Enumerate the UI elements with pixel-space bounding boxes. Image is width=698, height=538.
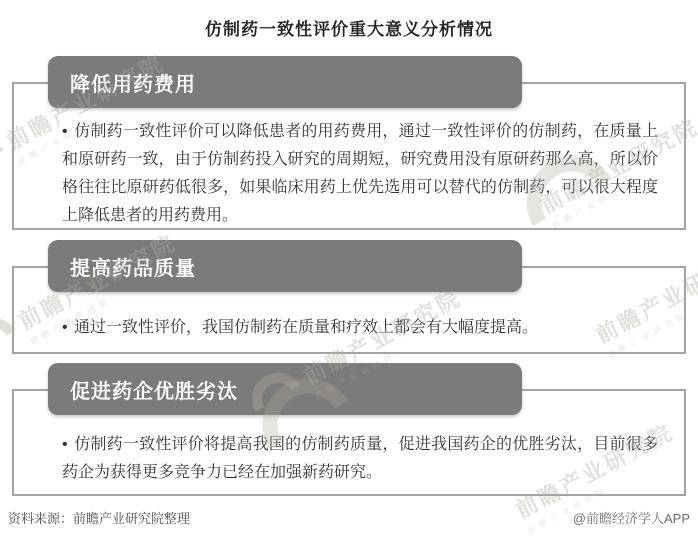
- section-lower-drug-cost: 降低用药费用 •仿制药一致性评价可以降低患者的用药费用，通过一致性评价的仿制药，…: [12, 56, 686, 230]
- section-body-text: •通过一致性评价，我国仿制药在质量和疗效上都会有大幅度提高。: [62, 314, 658, 342]
- section-body-paragraph: 仿制药一致性评价可以降低患者的用药费用，通过一致性评价的仿制药，在质量上和原研药…: [62, 123, 658, 224]
- section-survival-of-fittest: 促进药企优胜劣汰 •仿制药一致性评价将提高我国的仿制药质量，促进我国药企的优胜劣…: [12, 363, 686, 496]
- bullet-icon: •: [62, 118, 74, 146]
- section-heading-label: 降低用药费用: [70, 68, 196, 97]
- section-heading-bar: 降低用药费用: [48, 56, 522, 108]
- section-heading-label: 促进药企优胜劣汰: [70, 375, 238, 404]
- section-improve-drug-quality: 提高药品质量 •通过一致性评价，我国仿制药在质量和疗效上都会有大幅度提高。: [12, 240, 686, 354]
- bullet-icon: •: [62, 431, 74, 459]
- bullet-icon: •: [62, 314, 74, 342]
- section-body-paragraph: 通过一致性评价，我国仿制药在质量和疗效上都会有大幅度提高。: [74, 319, 538, 336]
- section-body-paragraph: 仿制药一致性评价将提高我国的仿制药质量，促进我国药企的优胜劣汰，目前很多药企为获…: [62, 436, 658, 481]
- infographic-canvas: 仿制药一致性评价重大意义分析情况 降低用药费用 •仿制药一致性评价可以降低患者的…: [0, 0, 698, 538]
- footer-credit-text: @前瞻经济学人APP: [573, 508, 690, 527]
- qianzhan-logo-arc-icon: [0, 132, 12, 195]
- section-heading-label: 提高药品质量: [70, 252, 196, 281]
- section-heading-bar: 提高药品质量: [48, 240, 522, 292]
- footer: 资料来源：前瞻产业研究院整理 @前瞻经济学人APP: [8, 508, 690, 527]
- footer-source-text: 资料来源：前瞻产业研究院整理: [8, 508, 190, 527]
- section-heading-bar: 促进药企优胜劣汰: [48, 363, 522, 415]
- section-body-text: •仿制药一致性评价可以降低患者的用药费用，通过一致性评价的仿制药，在质量上和原研…: [62, 118, 658, 230]
- section-body-text: •仿制药一致性评价将提高我国的仿制药质量，促进我国药企的优胜劣汰，目前很多药企为…: [62, 431, 658, 487]
- page-title: 仿制药一致性评价重大意义分析情况: [0, 0, 698, 41]
